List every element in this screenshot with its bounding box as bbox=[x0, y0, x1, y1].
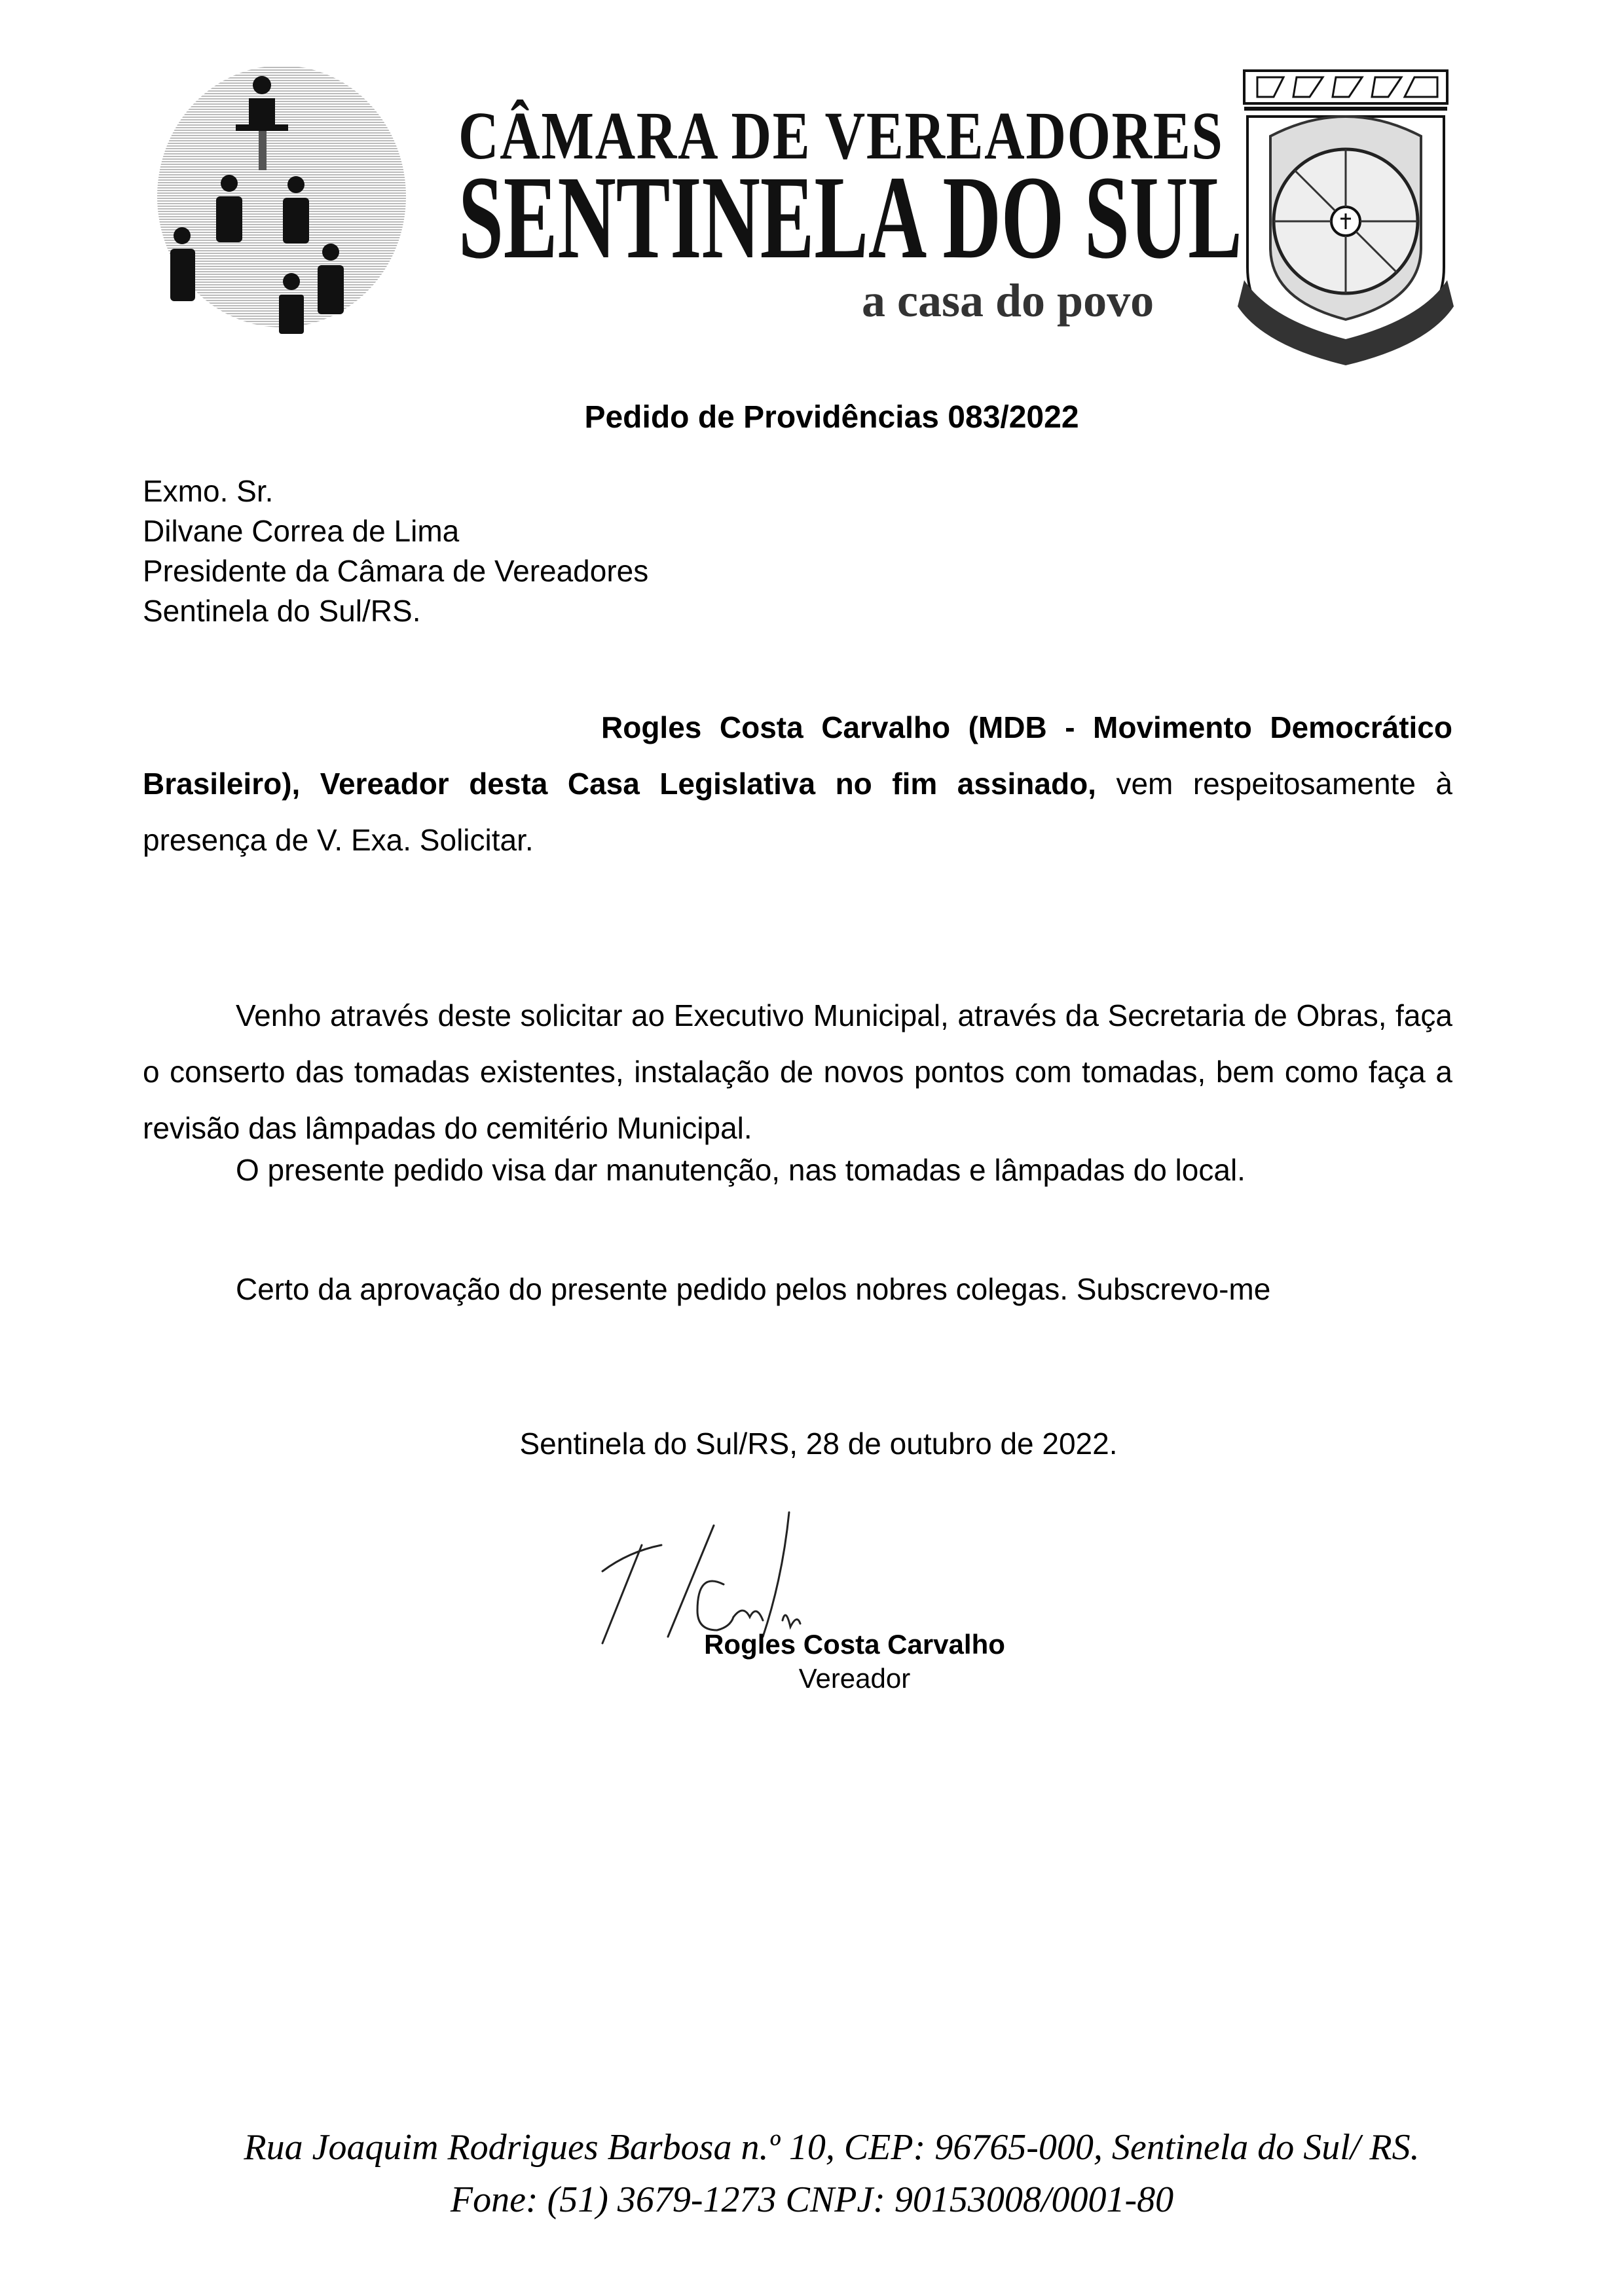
municipal-crest-icon bbox=[1231, 64, 1460, 365]
signer-role: Vereador bbox=[0, 1663, 1624, 1694]
signer-name: Rogles Costa Carvalho bbox=[0, 1629, 1624, 1660]
purpose-paragraph: O presente pedido visa dar manutenção, n… bbox=[236, 1152, 1454, 1188]
footer-contact: Fone: (51) 3679-1273 CNPJ: 90153008/0001… bbox=[0, 2179, 1624, 2221]
closing-paragraph: Certo da aprovação do presente pedido pe… bbox=[236, 1271, 1270, 1307]
document-title: Pedido de Providências 083/2022 bbox=[0, 399, 1624, 435]
addressee-location: Sentinela do Sul/RS. bbox=[143, 591, 648, 631]
addressee-title: Presidente da Câmara de Vereadores bbox=[143, 551, 648, 591]
handwritten-signature-icon bbox=[583, 1506, 884, 1650]
addressee-name: Dilvane Correa de Lima bbox=[143, 511, 648, 551]
header-tagline: a casa do povo bbox=[862, 274, 1154, 328]
request-paragraph: Venho através deste solicitar ao Executi… bbox=[143, 987, 1452, 1156]
addressee-salutation: Exmo. Sr. bbox=[143, 471, 648, 511]
header-title-line2: SENTINELA DO SUL bbox=[458, 158, 1242, 278]
date-line: Sentinela do Sul/RS, 28 de outubro de 20… bbox=[0, 1426, 1624, 1461]
intro-paragraph: Rogles Costa Carvalho (MDB - Movimento D… bbox=[143, 699, 1452, 868]
council-people-logo-icon bbox=[151, 59, 426, 334]
addressee-block: Exmo. Sr. Dilvane Correa de Lima Preside… bbox=[143, 471, 648, 631]
footer-address: Rua Joaquim Rodrigues Barbosa n.º 10, CE… bbox=[0, 2126, 1624, 2168]
